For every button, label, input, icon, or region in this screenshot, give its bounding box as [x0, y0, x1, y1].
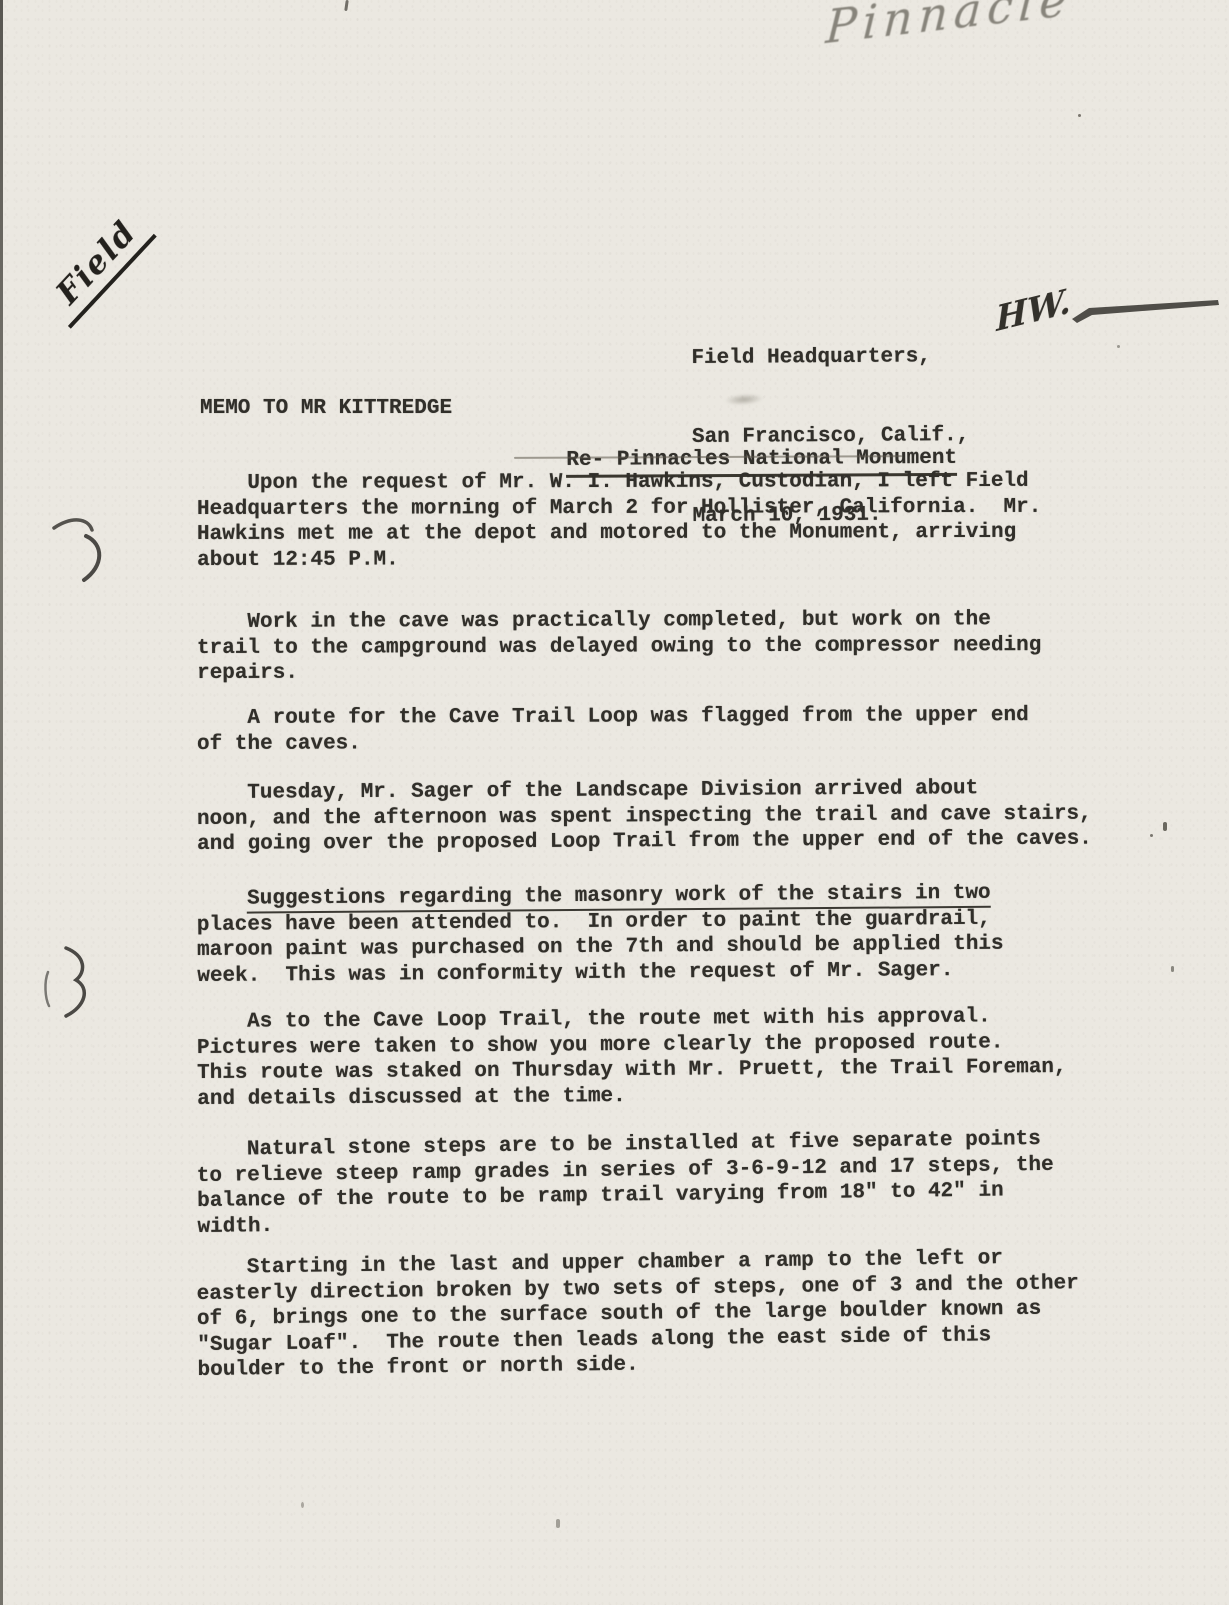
handwritten-field-annotation: Field	[37, 205, 156, 328]
ink-speck	[301, 1502, 304, 1508]
memo-page: Pinnacle Field Field Headquarters, San F…	[0, 0, 1229, 1605]
letterhead-office-line: Field Headquarters,	[691, 343, 968, 373]
ink-speck	[1163, 822, 1167, 831]
paragraph-1: Upon the request of Mr. W. I. Hawkins, C…	[197, 468, 1157, 573]
paragraph-3: A route for the Cave Trail Loop was flag…	[197, 702, 1157, 756]
reviewer-initials: HW.	[995, 281, 1071, 340]
paragraph-8: Starting in the last and upper chamber a…	[196, 1244, 1157, 1383]
ink-speck	[556, 1519, 560, 1528]
ink-speck	[1078, 114, 1081, 117]
memo-to-line: MEMO TO MR KITTREDGE	[200, 396, 452, 422]
ink-speck	[1117, 345, 1120, 348]
memo-body: Upon the request of Mr. W. I. Hawkins, C…	[197, 471, 1157, 1384]
handwritten-arrow-mark	[1072, 298, 1224, 332]
paragraph-2: Work in the cave was practically complet…	[197, 607, 1157, 687]
paragraph-7: Natural stone steps are to be installed …	[196, 1125, 1157, 1240]
paragraph-4: Tuesday, Mr. Sager of the Landscape Divi…	[197, 775, 1157, 857]
paragraph-5: Suggestions regarding the masonry work o…	[197, 879, 1158, 989]
paragraph-5-indent	[197, 888, 248, 911]
margin-ink-mark-upper	[46, 512, 110, 592]
scan-edge-line	[0, 0, 3, 1605]
ink-speck	[1150, 834, 1153, 837]
ink-speck	[344, 0, 349, 11]
handwritten-pinnacle-annotation: Pinnacle	[824, 0, 1074, 54]
margin-ink-mark-lower	[34, 942, 98, 1026]
ink-speck	[1171, 966, 1174, 972]
paragraph-6: As to the Cave Loop Trail, the route met…	[197, 1003, 1158, 1112]
handwritten-field-text: Field	[37, 205, 156, 328]
